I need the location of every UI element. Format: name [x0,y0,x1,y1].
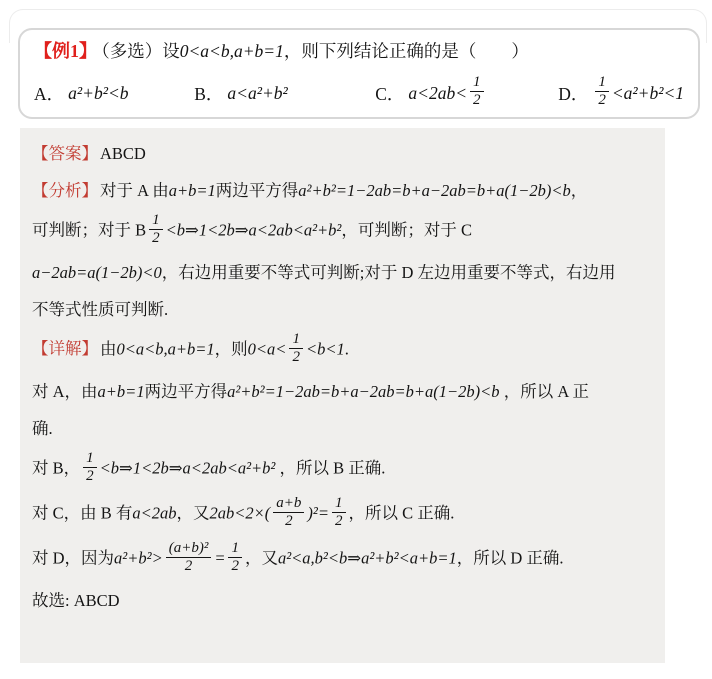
solution-paragraph: 可判断；对于 B12<b⇒1<2b⇒a<2ab<a²+b²，可判断；对于 C [32,214,653,249]
text-run: ，所以 D 正确. [457,548,564,567]
text-run: 由 [100,339,117,358]
text-run: ，可判断；对于 C [341,220,472,239]
math-run: 0<a<b,a+b=1 [180,41,284,61]
fraction: 12 [228,540,242,575]
text-run: ，右边用重要不等式可判断;对于 D 左边用重要不等式，右边用 [162,263,616,282]
fraction-denominator: 2 [595,91,609,109]
option-D: D．12<a²+b²<1 [558,76,684,111]
text-run: ，所以 C 正确. [349,503,455,522]
section-label: 【答案】 [32,144,98,163]
fraction-numerator: (a+b)² [166,540,212,557]
option-key: B． [194,81,223,106]
option-key: D． [558,81,588,106]
math-run: = [214,548,225,567]
math-run: a<2ab< [408,83,467,104]
math-run: 2ab<2×( [210,503,271,522]
fraction-numerator: 1 [149,212,163,229]
solution-paragraph: a−2ab=a(1−2b)<0，右边用重要不等式可判断;对于 D 左边用重要不等… [32,259,653,286]
question-stem: 【例1】（多选）设0<a<b,a+b=1，则下列结论正确的是（ ） [34,38,684,64]
solution-paragraph: 【答案】ABCD [32,140,653,167]
math-run: a²+b²<b [68,83,128,104]
text-run: ，则下列结论正确的是（ ） [284,41,529,61]
answer-panel: 【答案】ABCD【分析】对于 A 由a+b=1两边平方得a²+b²=1−2ab=… [20,128,665,663]
fraction-denominator: 2 [228,557,242,575]
text-run: 对 D，因为 [32,548,114,567]
math-run: a−2ab=a(1−2b)<0 [32,263,162,282]
fraction-denominator: 2 [470,91,484,109]
fraction-numerator: 1 [332,495,346,512]
solution-paragraph: 故选: ABCD [32,587,653,614]
fraction-numerator: 1 [228,540,242,557]
option-key: C． [375,81,404,106]
solution-paragraph: 对 D，因为a²+b²>(a+b)²2=12，又a²<a,b²<b⇒a²+b²<… [32,542,653,577]
math-run: a<2ab [132,503,176,522]
section-label: 【分析】 [32,181,98,200]
fraction-denominator: 2 [273,512,304,530]
math-run: a+b=1 [169,181,216,200]
text-run: . [345,339,349,358]
options-row: A．a²+b²<bB．a<a²+b²C．a<2ab<12D．12<a²+b²<1 [34,72,684,114]
fraction-denominator: 2 [83,467,97,485]
text-run: 两边平方得 [145,382,228,401]
math-run: a²+b²> [114,548,163,567]
text-run: 对于 A 由 [100,181,169,200]
question-stem-text: （多选）设0<a<b,a+b=1，则下列结论正确的是（ ） [101,41,529,61]
fraction: 12 [149,212,163,247]
math-run: 0<a< [248,339,287,358]
text-run: ，所以 B 正确. [275,458,385,477]
math-run: <b⇒1<2b⇒a<2ab<a²+b² [100,458,276,477]
fraction-numerator: 1 [595,74,609,91]
question-box: 【例1】（多选）设0<a<b,a+b=1，则下列结论正确的是（ ） A．a²+b… [18,28,700,119]
solution-paragraph: 对 B，12<b⇒1<2b⇒a<2ab<a²+b² ，所以 B 正确. [32,452,653,487]
math-run: a²+b²=1−2ab=b+a−2ab=b+a(1−2b)<b [227,382,499,401]
solution-paragraph: 对 A，由a+b=1两边平方得a²+b²=1−2ab=b+a−2ab=b+a(1… [32,378,653,405]
text-run: ，又 [177,503,210,522]
fraction-numerator: 1 [470,74,484,91]
fraction: 12 [595,74,609,109]
option-B: B．a<a²+b² [194,81,375,106]
text-run: 对 A，由 [32,382,98,401]
fraction-numerator: 1 [83,450,97,467]
math-run: a<a²+b² [227,83,287,104]
fraction: 12 [289,331,303,366]
fraction: (a+b)²2 [166,540,212,575]
fraction: 12 [470,74,484,109]
math-run: <a²+b²<1 [612,83,684,104]
math-run: a²+b²=1−2ab=b+a−2ab=b+a(1−2b)<b [298,181,570,200]
fraction: 12 [83,450,97,485]
fraction-denominator: 2 [166,557,212,575]
solution-paragraph: 对 C，由 B 有a<2ab，又2ab<2×(a+b2)²=12，所以 C 正确… [32,497,653,532]
text-run: ， [571,181,588,200]
fraction-denominator: 2 [149,229,163,247]
solution-paragraph: 【分析】对于 A 由a+b=1两边平方得a²+b²=1−2ab=b+a−2ab=… [32,177,653,204]
fraction: a+b2 [273,495,304,530]
text-run: ，又 [245,548,278,567]
option-key: A． [34,81,64,106]
solution-paragraph: 【详解】由0<a<b,a+b=1，则0<a<12<b<1. [32,333,653,368]
text-run: 故选: ABCD [32,591,120,610]
math-run: <b<1 [306,339,345,358]
text-run: ，则 [215,339,248,358]
math-run: )²= [307,503,329,522]
option-C: C．a<2ab<12 [375,76,558,111]
text-run: （多选）设 [101,41,180,61]
fraction-denominator: 2 [289,348,303,366]
fraction-numerator: a+b [273,495,304,512]
fraction-numerator: 1 [289,331,303,348]
text-run: 确. [32,419,53,438]
text-run: ABCD [100,144,146,163]
text-run: 对 B， [32,458,80,477]
example-label: 【例1】 [34,41,97,61]
fraction: 12 [332,495,346,530]
math-run: a+b=1 [98,382,145,401]
text-run: 两边平方得 [216,181,299,200]
text-run: ，所以 A 正 [500,382,589,401]
solution-paragraph: 不等式性质可判断. [32,296,653,323]
text-run: 对 C，由 B 有 [32,503,132,522]
math-run: <b⇒1<2b⇒a<2ab<a²+b² [166,220,342,239]
fraction-denominator: 2 [332,512,346,530]
math-run: 0<a<b,a+b=1 [117,339,215,358]
option-A: A．a²+b²<b [34,81,194,106]
solution-paragraph: 确. [32,415,653,442]
section-label: 【详解】 [32,339,98,358]
math-run: a²<a,b²<b⇒a²+b²<a+b=1 [278,548,457,567]
text-run: 不等式性质可判断. [32,300,168,319]
text-run: 可判断；对于 B [32,220,146,239]
